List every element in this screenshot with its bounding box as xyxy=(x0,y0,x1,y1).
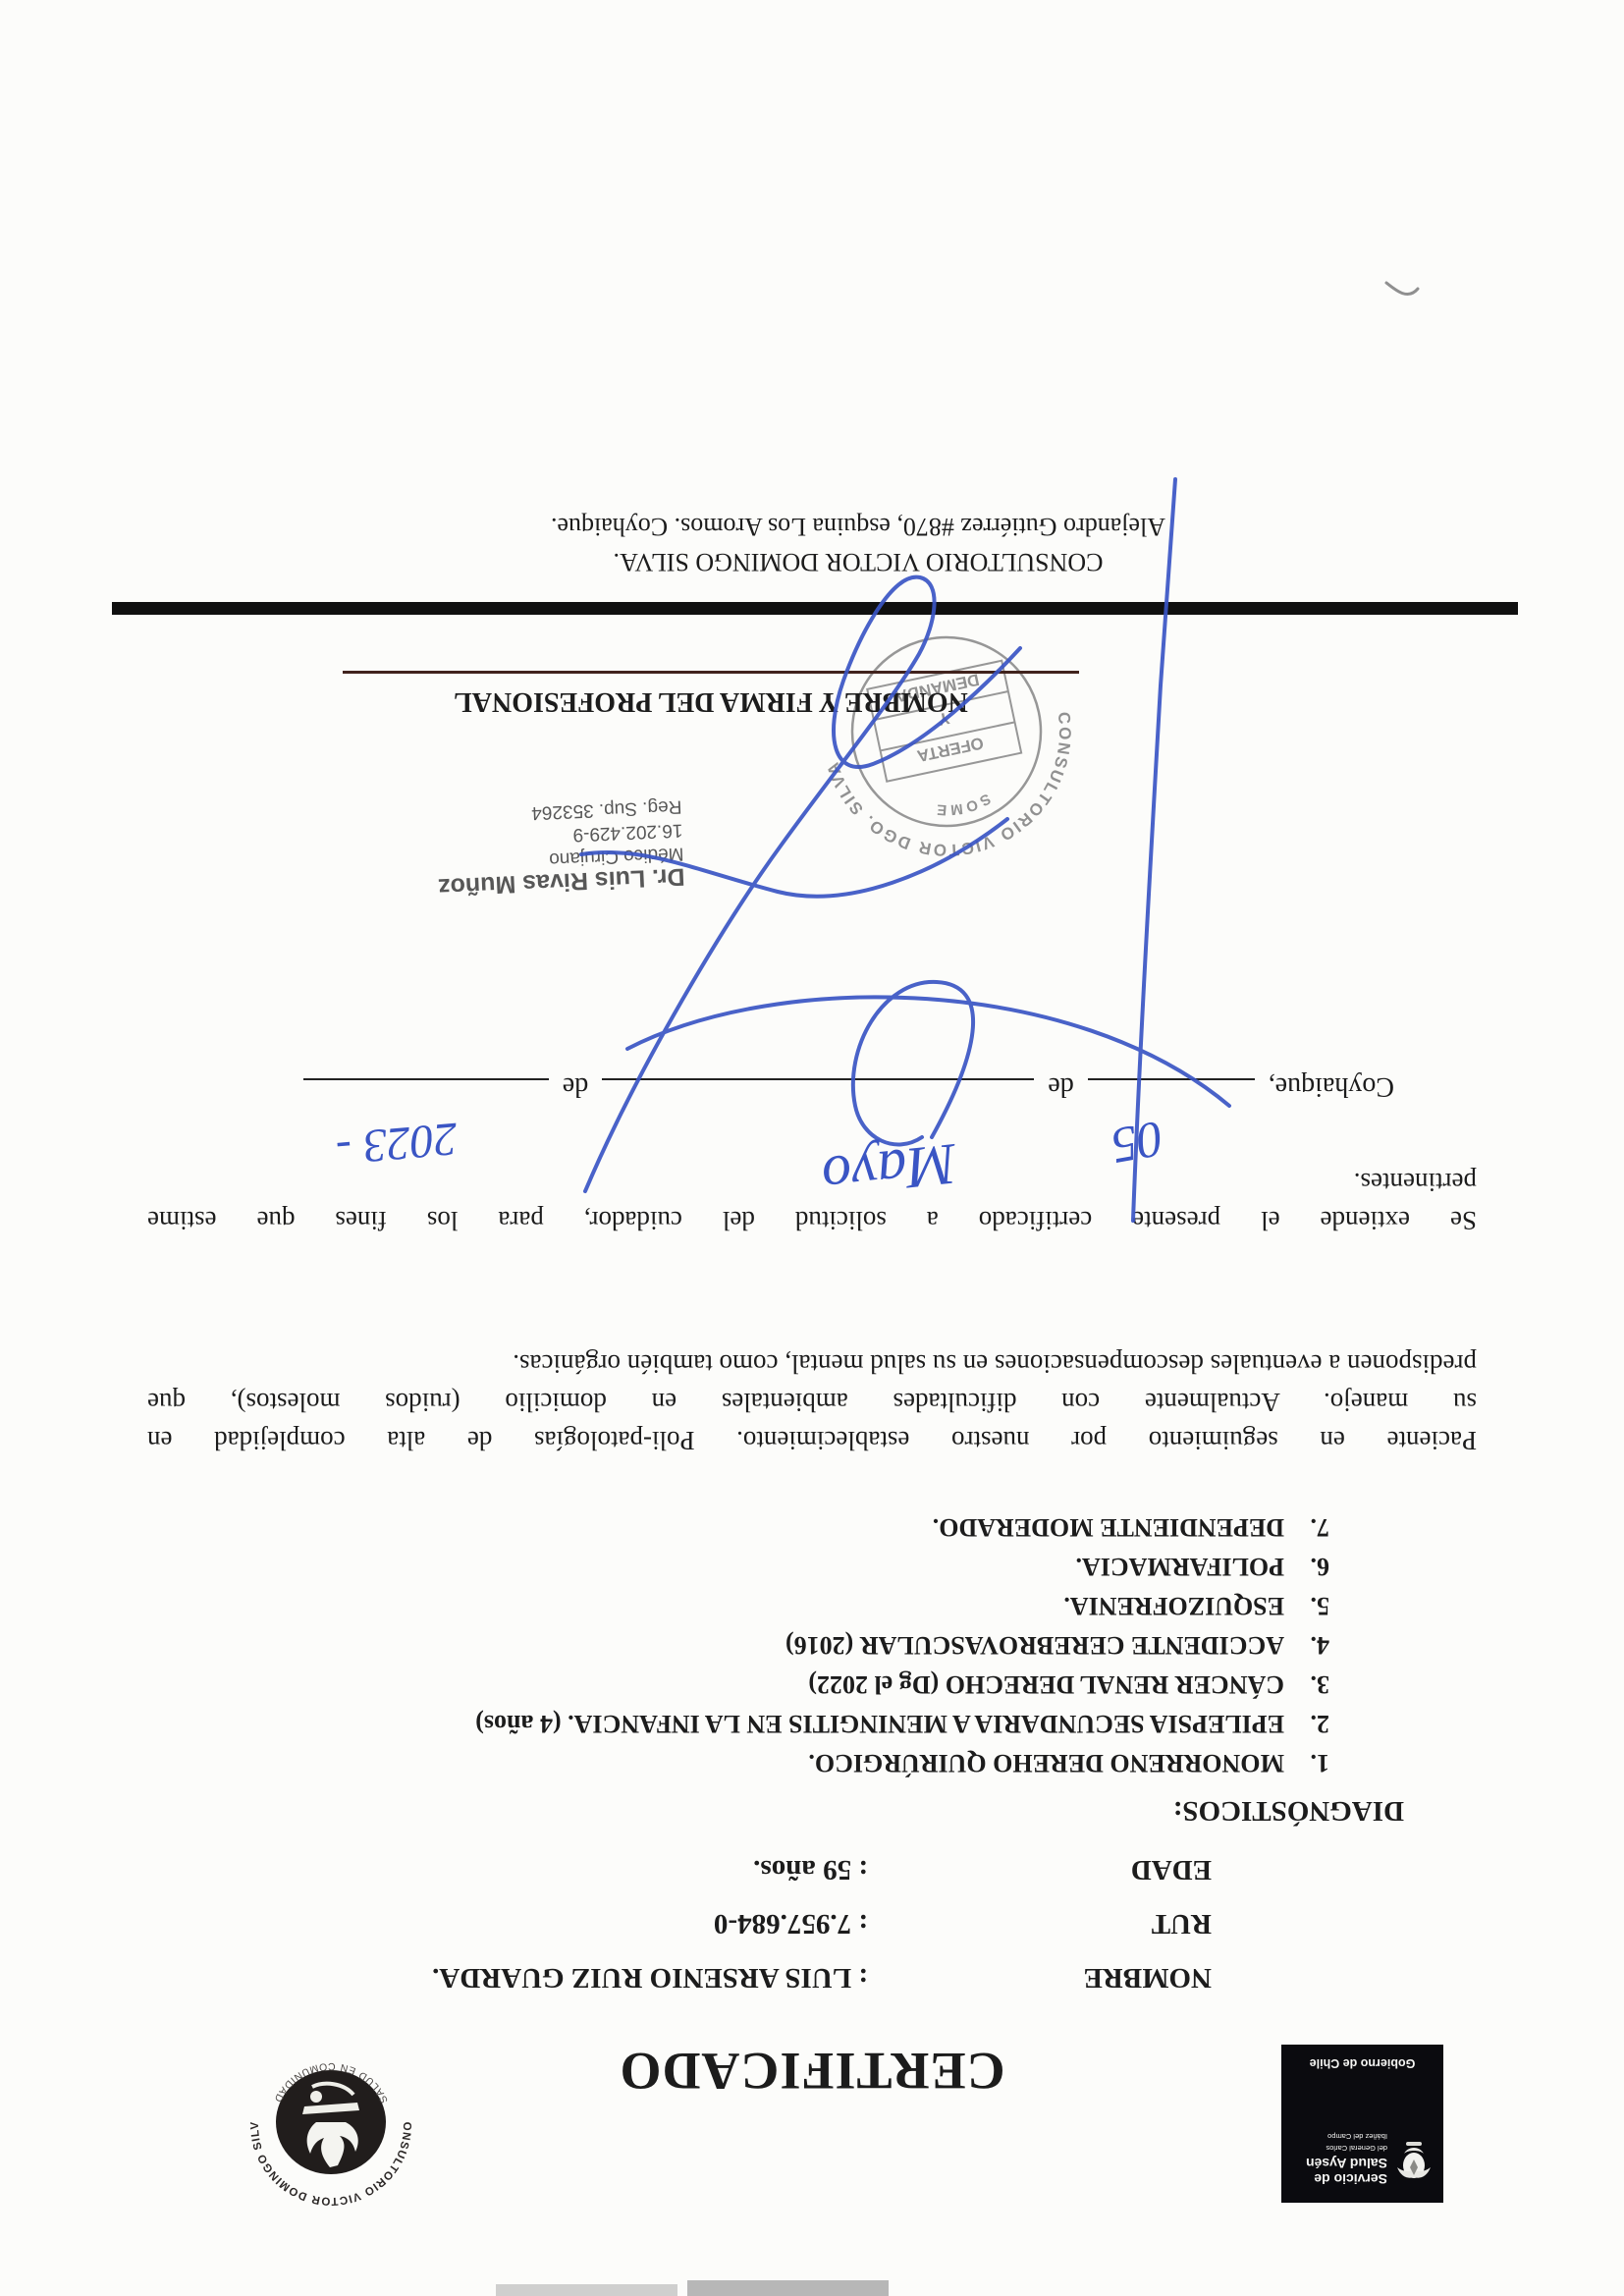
handwritten-day: 05 xyxy=(1107,1109,1166,1175)
date-city-label: Coyhaique, xyxy=(1269,1070,1394,1102)
diagnosis-item: 4.ACCIDENTE CEREBROVASCULAR (2016) xyxy=(785,1630,1329,1660)
signature-ink-overlay xyxy=(0,0,1624,2296)
diagnosis-text: ACCIDENTE CEREBROVASCULAR (2016) xyxy=(785,1631,1284,1660)
footer-block: CONSULTORIO VICTOR DOMINGO SILVA. Alejan… xyxy=(289,509,1428,579)
date-month-blank xyxy=(602,1078,1034,1106)
field-label-nombre: NOMBRE xyxy=(868,1961,1212,1994)
paragraph-line: predisponen a eventuales descompensacion… xyxy=(147,1344,1477,1383)
footer-address: Alejandro Gutiérrez #870, esquina Los Ar… xyxy=(289,509,1428,544)
field-label-rut: RUT xyxy=(868,1907,1212,1940)
gov-logo-sub-line2: Ibáñez del Campo xyxy=(1306,2132,1387,2141)
diagnosis-number: 5. xyxy=(1284,1591,1329,1620)
diagnoses-heading: DIAGNÓSTICOS: xyxy=(1173,1794,1404,1827)
date-de-2: de xyxy=(563,1070,588,1102)
scanned-certificate-screenshot: Servicio de Salud Aysén del General Carl… xyxy=(0,0,1624,2296)
diagnosis-item: 6.POLIFARMACIA. xyxy=(1075,1552,1329,1581)
diagnosis-text: CÁNCER RENAL DERECHO (Dg el 2022) xyxy=(808,1670,1284,1699)
diagnosis-item: 3.CÁNCER RENAL DERECHO (Dg el 2022) xyxy=(808,1669,1329,1699)
handwritten-year: 2023 - xyxy=(334,1112,460,1176)
svg-text:CONSULTORIO VICTOR DGO. SILVA: CONSULTORIO VICTOR DGO. SILVA xyxy=(823,709,1099,883)
paragraph-line: Se extiende el presente certificado a so… xyxy=(147,1201,1477,1239)
field-value-rut: : 7.957.684-0 xyxy=(714,1908,868,1940)
handwritten-month: Mayo xyxy=(819,1129,959,1211)
paragraph-line: Paciente en seguimiento por nuestro esta… xyxy=(147,1421,1477,1459)
scanned-certificate-page: Servicio de Salud Aysén del General Carl… xyxy=(0,0,1624,2296)
field-row-edad: EDAD: 59 años. xyxy=(753,1853,1212,1886)
pen-squiggle-mark xyxy=(1386,283,1418,295)
diagnosis-number: 2. xyxy=(1284,1709,1329,1738)
date-de-1: de xyxy=(1048,1070,1073,1102)
doctor-stamp: Dr. Luis Rivas Muñoz Médico Cirujano 16.… xyxy=(435,794,685,900)
diagnosis-text: ESQUIZOFRENIA. xyxy=(1063,1592,1284,1620)
diagnosis-item: 1.MONORRENO DEREHO QUIRÚRGICO. xyxy=(808,1748,1329,1777)
date-line: Coyhaique, de de xyxy=(303,1070,1394,1106)
diagnosis-item: 2.EPILEPSIA SECUNDARIA A MENINGITIS EN L… xyxy=(475,1709,1329,1738)
diagnosis-text: MONORRENO DEREHO QUIRÚRGICO. xyxy=(808,1749,1284,1777)
date-year-blank xyxy=(303,1078,549,1106)
footer-consultorio-name: CONSULTORIO VICTOR DOMINGO SILVA. xyxy=(289,544,1428,579)
field-row-rut: RUT: 7.957.684-0 xyxy=(714,1907,1212,1940)
scan-artifact xyxy=(687,2280,889,2296)
diagnosis-number: 7. xyxy=(1284,1512,1329,1542)
field-row-nombre: NOMBRE: LUIS ARSENIO RUIZ GUARDA. xyxy=(432,1961,1212,1994)
field-label-edad: EDAD xyxy=(868,1853,1212,1886)
professional-signature-heading: NOMBRE Y FIRMA DEL PROFESIONAL xyxy=(343,671,1079,717)
footer-divider-rule xyxy=(112,602,1518,615)
gov-logo-sub-line1: del General Carlos xyxy=(1306,2144,1387,2153)
diagnosis-text: POLIFARMACIA. xyxy=(1075,1553,1284,1581)
coat-of-arms-emblem xyxy=(1394,2136,1434,2187)
diagnosis-item: 5.ESQUIZOFRENIA. xyxy=(1063,1591,1329,1620)
body-paragraph-1: Paciente en seguimiento por nuestro esta… xyxy=(147,1344,1477,1459)
scan-artifact xyxy=(496,2284,677,2296)
field-value-nombre: : LUIS ARSENIO RUIZ GUARDA. xyxy=(432,1962,868,1994)
paragraph-line: su manejo. Actualmente con dificultades … xyxy=(147,1383,1477,1421)
diagnosis-text: EPILEPSIA SECUNDARIA A MENINGITIS EN LA … xyxy=(475,1710,1284,1738)
diagnosis-number: 1. xyxy=(1284,1748,1329,1777)
diagnosis-number: 3. xyxy=(1284,1669,1329,1699)
diagnosis-number: 4. xyxy=(1284,1630,1329,1660)
date-day-blank xyxy=(1088,1078,1255,1106)
gov-logo-service-line1: Servicio de xyxy=(1306,2171,1387,2187)
field-value-edad: : 59 años. xyxy=(753,1854,868,1886)
gov-logo-service-line2: Salud Aysén xyxy=(1306,2156,1387,2171)
round-stamp-oferta-text: OFERTA xyxy=(915,734,985,766)
round-stamp-ring-text: CONSULTORIO VICTOR DGO. SILVA xyxy=(823,709,1099,883)
diagnosis-number: 6. xyxy=(1284,1552,1329,1581)
diagnosis-item: 7.DEPENDIENTE MODERADO. xyxy=(933,1512,1329,1542)
page-title: CERTIFICADO xyxy=(0,2041,1624,2102)
diagnosis-text: DEPENDIENTE MODERADO. xyxy=(933,1513,1284,1542)
